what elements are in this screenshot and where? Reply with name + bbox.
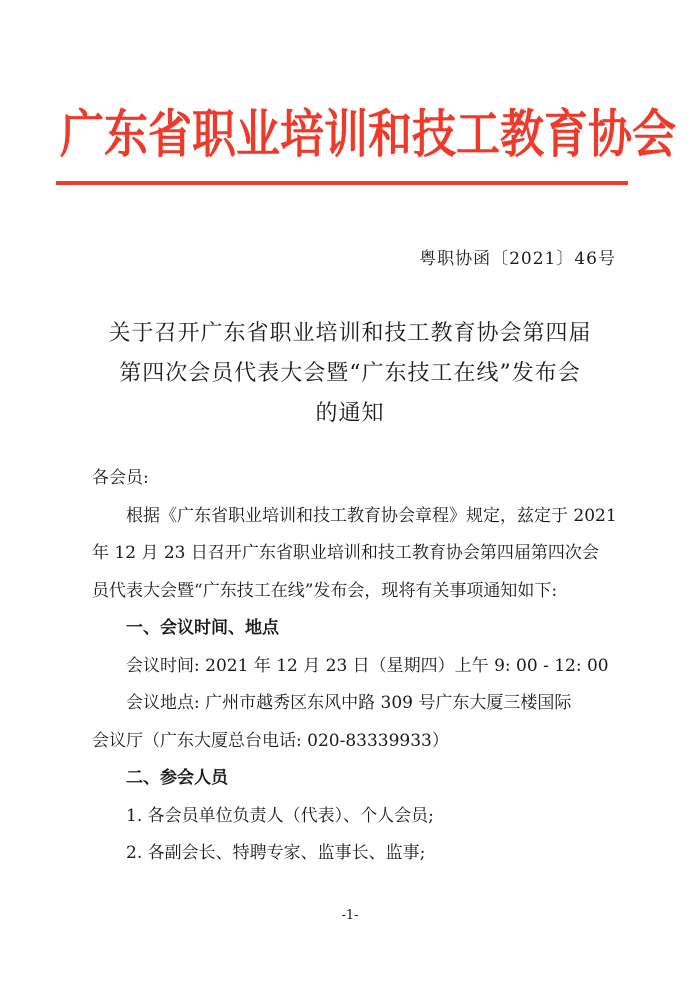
intro-line-1: 根据《广东省职业培训和技工教育协会章程》规定，兹定于 2021 [92,498,612,536]
title-line-1: 关于召开广东省职业培训和技工教育协会第四届 [90,314,610,354]
meeting-time: 会议时间: 2021 年 12 月 23 日（星期四）上午 9: 00 - 12… [92,648,612,686]
meeting-location-line-2: 会议厅（广东大厦总台电话: 020-83339933） [92,723,612,761]
title-line-3: 的通知 [90,394,610,434]
organization-letterhead: 广东省职业培训和技工教育协会 [60,100,620,171]
intro-line-3: 员代表大会暨“广东技工在线”发布会，现将有关事项通知如下: [92,573,612,611]
section-2-heading: 二、参会人员 [92,760,612,798]
meeting-location-line-1: 会议地点: 广州市越秀区东风中路 309 号广东大厦三楼国际 [92,685,612,723]
intro-line-2: 年 12 月 23 日召开广东省职业培训和技工教育协会第四届第四次会 [92,535,612,573]
document-title: 关于召开广东省职业培训和技工教育协会第四届 第四次会员代表大会暨“广东技工在线”… [90,314,610,434]
page-number: -1- [0,908,700,923]
section-1-heading: 一、会议时间、地点 [92,610,612,648]
title-line-2: 第四次会员代表大会暨“广东技工在线”发布会 [90,354,610,394]
salutation: 各会员: [92,460,612,498]
document-body: 各会员: 根据《广东省职业培训和技工教育协会章程》规定，兹定于 2021 年 1… [92,460,612,873]
letterhead-divider [56,181,628,185]
attendee-item-2: 2. 各副会长、特聘专家、监事长、监事; [92,835,612,873]
document-number: 粤职协函〔2021〕46号 [419,244,616,269]
attendee-item-1: 1. 各会员单位负责人（代表）、个人会员; [92,798,612,836]
